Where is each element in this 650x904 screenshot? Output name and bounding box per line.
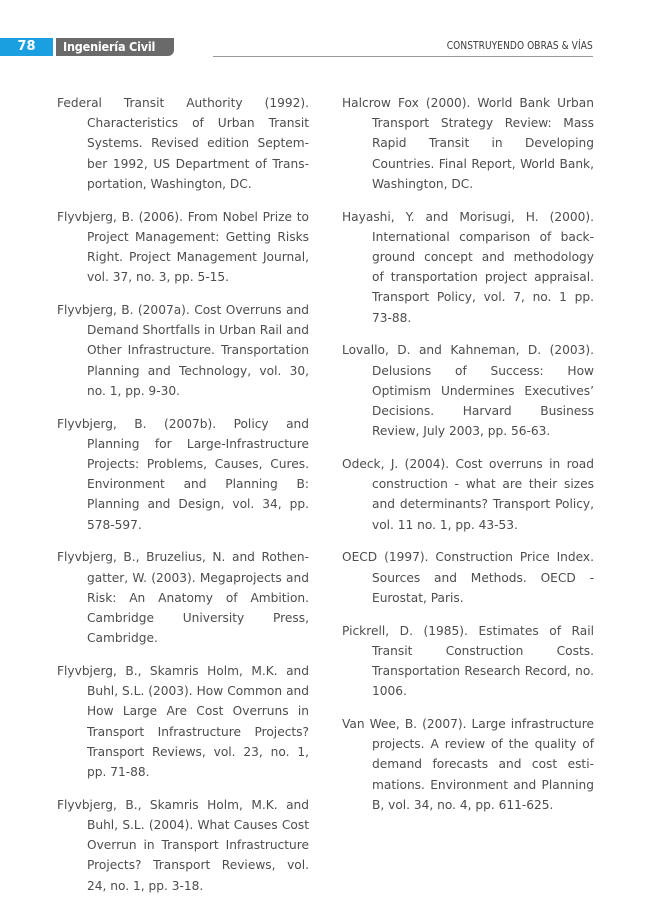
reference-entry: Van Wee, B. (2007). Large infrastructu­r… — [342, 714, 594, 815]
reference-entry: Pickrell, D. (1985). Estimates of Rail T… — [342, 621, 594, 702]
reference-entry: Flyvbjerg, B. (2006). From Nobel Prize t… — [57, 207, 309, 288]
page-header: 78 Ingeniería Civil CONSTRUYENDO OBRAS &… — [0, 0, 650, 70]
page-number-badge: 78 — [0, 38, 53, 56]
running-title: CONSTRUYENDO OBRAS & VÍAS — [447, 40, 593, 52]
reference-entry: Halcrow Fox (2000). World Bank Urban Tra… — [342, 93, 594, 194]
reference-entry: Lovallo, D. and Kahneman, D. (2003). Del… — [342, 340, 594, 441]
reference-entry: Odeck, J. (2004). Cost overruns in road … — [342, 454, 594, 535]
references-right-column: Halcrow Fox (2000). World Bank Urban Tra… — [342, 93, 594, 828]
reference-entry: Hayashi, Y. and Morisugi, H. (2000). Int… — [342, 207, 594, 328]
reference-entry: Flyvbjerg, B., Skamris Holm, M.K. and Bu… — [57, 661, 309, 782]
reference-entry: Federal Transit Authority (1992). Charac… — [57, 93, 309, 194]
reference-entry: Flyvbjerg, B., Skamris Holm, M.K. and Bu… — [57, 795, 309, 896]
header-divider — [213, 56, 593, 57]
reference-entry: Flyvbjerg, B. (2007a). Cost Overruns and… — [57, 300, 309, 401]
section-tab: Ingeniería Civil — [56, 38, 174, 56]
reference-entry: Flyvbjerg, B., Bruzelius, N. and Rothen­… — [57, 547, 309, 648]
references-left-column: Federal Transit Authority (1992). Charac… — [57, 93, 309, 904]
reference-entry: OECD (1997). Construction Price Index. S… — [342, 547, 594, 608]
reference-entry: Flyvbjerg, B. (2007b). Policy and Planni… — [57, 414, 309, 535]
